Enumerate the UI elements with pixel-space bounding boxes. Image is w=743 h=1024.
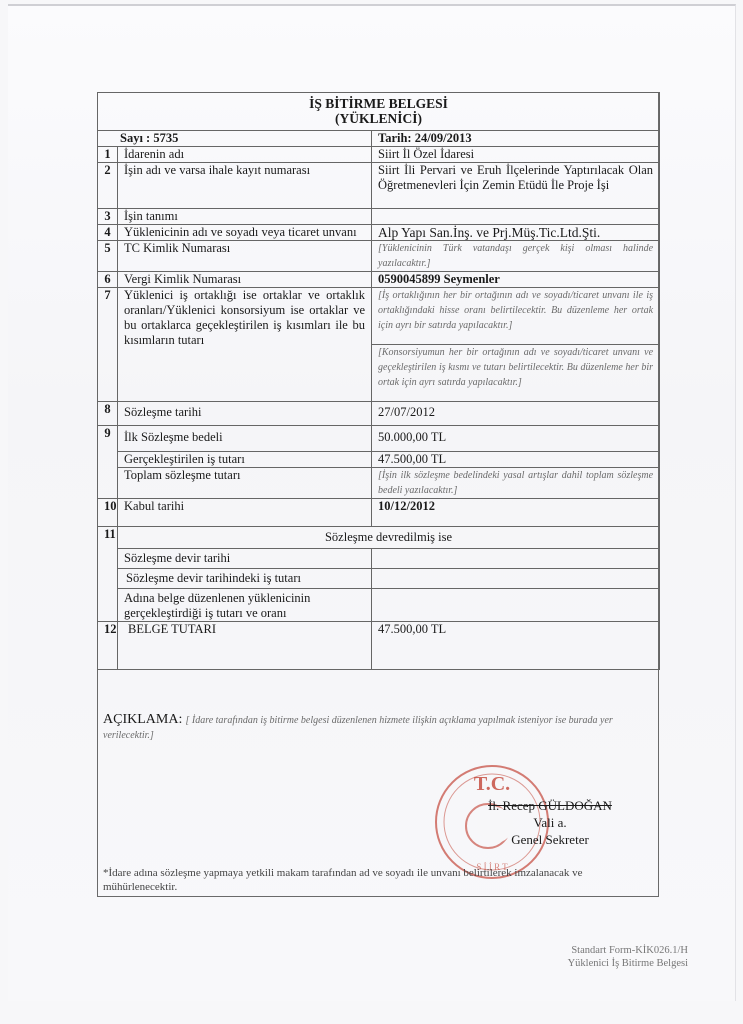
row-label: Yüklenici iş ortaklığı ise ortaklar ve o… — [118, 288, 372, 402]
signer-name: İl. Recep GÜLDOĞAN — [475, 797, 625, 814]
row-value: 47.500,00 TL — [372, 452, 660, 468]
row-value: 10/12/2012 — [372, 499, 660, 527]
row-label: İşin adı ve varsa ihale kayıt numarası — [118, 163, 372, 209]
row-label: Sözleşme devir tarihindeki iş tutarı — [118, 569, 372, 589]
row-value: 47.500,00 TL — [372, 622, 660, 670]
row-label: İdarenin adı — [118, 147, 372, 163]
row-hint: [İşin ilk sözleşme bedelindeki yasal art… — [372, 468, 660, 499]
table-row: 4 Yüklenicinin adı ve soyadı veya ticare… — [98, 225, 660, 241]
row-label: İlk Sözleşme bedeli — [118, 426, 372, 452]
row-label: Yüklenicinin adı ve soyadı veya ticaret … — [118, 225, 372, 241]
table-row: 9 İlk Sözleşme bedeli 50.000,00 TL — [98, 426, 660, 452]
footnote: *İdare adına sözleşme yapmaya yetkili ma… — [103, 866, 653, 894]
row-label: İşin tanımı — [118, 209, 372, 225]
table-row: 6 Vergi Kimlik Numarası 0590045899 Seyme… — [98, 272, 660, 288]
table-row: 12 BELGE TUTARI 47.500,00 TL — [98, 622, 660, 670]
table-row: 11 Sözleşme devredilmiş ise — [98, 527, 660, 549]
table-row: 5 TC Kimlik Numarası [Yüklenicinin Türk … — [98, 241, 660, 272]
signature-block: İl. Recep GÜLDOĞAN Vali a. Genel Sekrete… — [475, 797, 625, 848]
row-value: 27/07/2012 — [372, 402, 660, 426]
form-name: Yüklenici İş Bitirme Belgesi — [518, 957, 688, 970]
row-value — [372, 569, 660, 589]
row-label: Gerçekleştirilen iş tutarı — [118, 452, 372, 468]
row-value: 0590045899 Seymenler — [372, 272, 660, 288]
aciklama-section: AÇIKLAMA: [ İdare tarafından iş bitirme … — [103, 712, 653, 742]
sayi: Sayı : 5735 — [98, 131, 372, 147]
document-title: İŞ BİTİRME BELGESİ — [104, 96, 653, 111]
row-label: Kabul tarihi — [118, 499, 372, 527]
row-value: Alp Yapı San.İnş. ve Prj.Müş.Tic.Ltd.Şti… — [372, 225, 660, 241]
row-hint: [Konsorsiyumun her bir ortağının adı ve … — [372, 345, 660, 402]
svg-text:T.C.: T.C. — [474, 773, 510, 795]
table-row: Gerçekleştirilen iş tutarı 47.500,00 TL — [98, 452, 660, 468]
row-label: BELGE TUTARI — [118, 622, 372, 670]
table-row: 3 İşin tanımı — [98, 209, 660, 225]
row-value — [372, 209, 660, 225]
table-row: 7 Yüklenici iş ortaklığı ise ortaklar ve… — [98, 288, 660, 345]
row-label: Toplam sözleşme tutarı — [118, 468, 372, 499]
section-header: Sözleşme devredilmiş ise — [118, 527, 660, 549]
tarih: Tarih: 24/09/2013 — [372, 131, 660, 147]
table-row: 2 İşin adı ve varsa ihale kayıt numarası… — [98, 163, 660, 209]
row-label: Sözleşme devir tarihi — [118, 549, 372, 569]
row-value — [372, 589, 660, 622]
row-value: 50.000,00 TL — [372, 426, 660, 452]
signer-position: Genel Sekreter — [475, 831, 625, 848]
table-row: 8 Sözleşme tarihi 27/07/2012 — [98, 402, 660, 426]
row-label: Adına belge düzenlenen yüklenicinin gerç… — [118, 589, 372, 622]
table-row: 1 İdarenin adı Siirt İl Özel İdaresi — [98, 147, 660, 163]
aciklama-label: AÇIKLAMA: — [103, 712, 182, 727]
table-row: 10 Kabul tarihi 10/12/2012 — [98, 499, 660, 527]
row-hint: [İş ortaklığının her bir ortağının adı v… — [372, 288, 660, 345]
table-row: Adına belge düzenlenen yüklenicinin gerç… — [98, 589, 660, 622]
row-value: Siirt İl Özel İdaresi — [372, 147, 660, 163]
table-row: Sözleşme devir tarihindeki iş tutarı — [98, 569, 660, 589]
form-reference: Standart Form-KİK026.1/H Yüklenici İş Bi… — [518, 944, 688, 970]
row-label: Sözleşme tarihi — [118, 402, 372, 426]
row-value: Siirt İli Pervari ve Eruh İlçelerinde Ya… — [372, 163, 660, 209]
table-row: Toplam sözleşme tutarı [İşin ilk sözleşm… — [98, 468, 660, 499]
certificate-table: İŞ BİTİRME BELGESİ (YÜKLENİCİ) Sayı : 57… — [97, 92, 660, 670]
row-value — [372, 549, 660, 569]
table-row: Sözleşme devir tarihi — [98, 549, 660, 569]
signer-title: Vali a. — [475, 814, 625, 831]
form-code: Standart Form-KİK026.1/H — [518, 944, 688, 957]
row-label: TC Kimlik Numarası — [118, 241, 372, 272]
row-hint: [Yüklenicinin Türk vatandaşı gerçek kişi… — [372, 241, 660, 272]
row-label: Vergi Kimlik Numarası — [118, 272, 372, 288]
title-cell: İŞ BİTİRME BELGESİ (YÜKLENİCİ) — [98, 93, 660, 131]
document-subtitle: (YÜKLENİCİ) — [104, 111, 653, 126]
